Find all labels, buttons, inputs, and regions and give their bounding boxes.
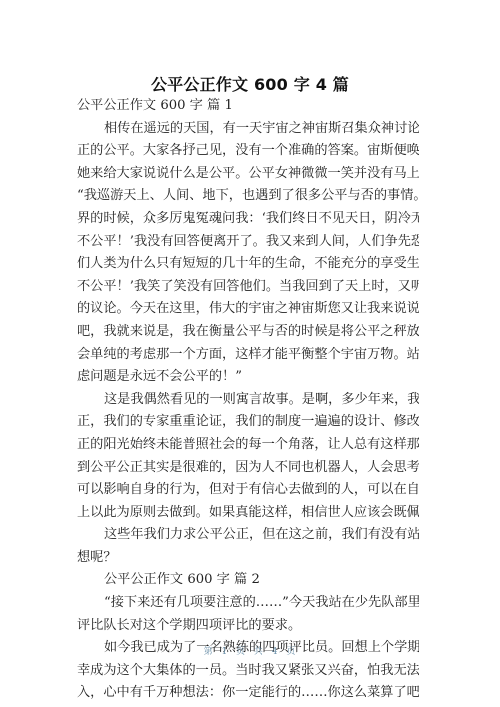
- document-body: 公平公正作文 600 字 篇 1相传在遥远的天国，有一天宇宙之神宙斯召集众神讨论…: [77, 95, 419, 705]
- paragraph-line: 界的时候，众多厉鬼冤魂问我：‘我们终日不见天日，阴冷无比，这样对我们: [77, 208, 419, 231]
- document-page: 公平公正作文 600 字 4 篇 公平公正作文 600 字 篇 1相传在遥远的天…: [0, 0, 500, 707]
- section-heading: 公平公正作文 600 字 篇 1: [77, 95, 419, 118]
- paragraph-line: “接下来还有几项要注意的……”今天我站在少先队部里，听着几位四项: [77, 592, 419, 615]
- paragraph-line: 可以影响自身的行为，但对于有信心去做到的人，可以在自己负责的执行层面: [77, 479, 419, 502]
- paragraph-line: 相传在遥远的天国，有一天宇宙之神宙斯召集众神讨论公平，怎样才是真: [77, 118, 419, 141]
- paragraph-line: 们人类为什么只有短短的几十年的生命，不能充分的享受生活，这是对我们的: [77, 253, 419, 276]
- paragraph-line: “我巡游天上、人间、地下，也遇到了很多公平与否的事情。在我游历地下冥: [77, 185, 419, 208]
- paragraph-line: 的议论。今天在这里，伟大的宇宙之神宙斯您又让我来说说什么是公平。那好: [77, 298, 419, 321]
- paragraph-line: 正的阳光始终未能普照社会的每一个角落，让人总有这样那样的遗憾。人要做: [77, 434, 419, 457]
- paragraph-line: 入，心中有千万种想法：你一定能行的……你这么菜算了吧……，不过，最后: [77, 682, 419, 705]
- document-title: 公平公正作文 600 字 4 篇: [0, 74, 500, 96]
- paragraph-line: 这些年我们力求公平公正，但在这之前，我们有没有站在别人的立场想一: [77, 524, 419, 547]
- paragraph-line: 上以此为原则去做到。如果真能这样，相信世人应该会既佩服又欣慰了吧。: [77, 502, 419, 525]
- paragraph-line: 虑问题是永远不会公平的！”: [77, 366, 419, 389]
- paragraph-line: 不公平！’我没有回答便离开了。我又来到人间，人们争先恐后地问我：‘我: [77, 231, 419, 254]
- paragraph-line: 会单纯的考虑那一个方面，这样才能平衡整个宇宙万物。站在自己的立场去考: [77, 344, 419, 367]
- paragraph-line: 正的公平。大家各抒己见，没有一个准确的答案。宙斯便唤来了公平女神，让: [77, 140, 419, 163]
- page-footer: 第 1 页 共 4 页: [0, 644, 500, 657]
- paragraph-line: 想呢？: [77, 547, 419, 570]
- paragraph-line: 正，我们的专家重重论证，我们的制度一遍遍的设计、修改、更新，可公平公: [77, 411, 419, 434]
- paragraph-line: 不公平！’我笑了笑没有回答他们。当我回到了天上时，又听到关于公平与否: [77, 276, 419, 299]
- paragraph-line: 这是我偶然看见的一则寓言故事。是啊，多少年来，我们盼望着公平公: [77, 389, 419, 412]
- paragraph-line: 幸成为这个大集体的一员。当时我又紧张又兴奋，怕我无法胜任，又高兴能加: [77, 660, 419, 683]
- paragraph-line: 评比队长对这个学期四项评比的要求。: [77, 615, 419, 638]
- section-heading: 公平公正作文 600 字 篇 2: [77, 569, 419, 592]
- paragraph-line: 吧，我就来说是，我在衡量公平与否的时候是将公平之秤放在宇宙之间的，不: [77, 321, 419, 344]
- paragraph-line: 她来给大家说说什么是公平。公平女神微微一笑并没有马上回答，而是说道：: [77, 163, 419, 186]
- paragraph-line: 到公平公正其实是很难的，因为人不同也机器人，人会思考，存在情绪，这些: [77, 457, 419, 480]
